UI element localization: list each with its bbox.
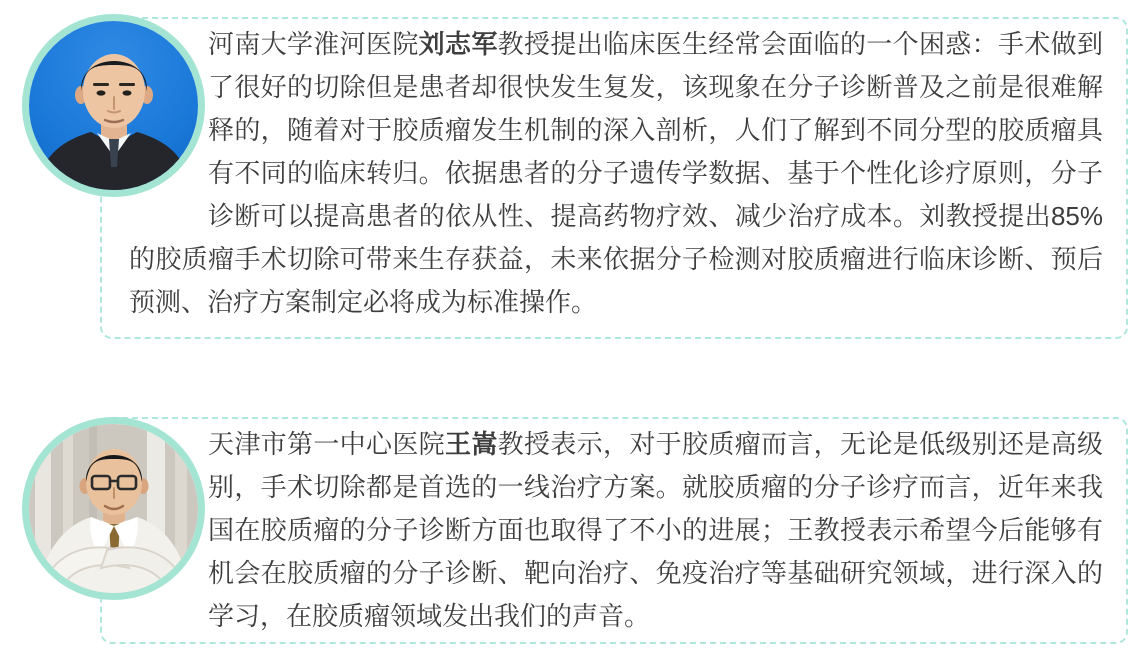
expert-name: 王嵩 [445, 429, 498, 459]
hospital-name: 天津市第一中心医院 [208, 429, 445, 459]
expert-name: 刘志军 [419, 29, 498, 59]
doctor-portrait-wang-song-photo [22, 417, 205, 600]
doctor-portrait-liu-icon [29, 21, 198, 190]
hospital-name: 河南大学淮河医院 [208, 29, 419, 59]
doctor-portrait-liu-zhijun-photo [22, 14, 205, 197]
expert-quote-card-wang: 天津市第一中心医院王嵩教授表示，对于胶质瘤而言，无论是低级别还是高级别，手术切除… [100, 417, 1128, 644]
doctor-portrait-wang-icon [29, 424, 198, 593]
quote-text: 教授提出临床医生经常会面临的一个困惑：手术做到了很好的切除但是患者却很快发生复发… [129, 29, 1103, 317]
article-page: 河南大学淮河医院刘志军教授提出临床医生经常会面临的一个困惑：手术做到了很好的切除… [0, 0, 1142, 659]
quote-text: 教授表示，对于胶质瘤而言，无论是低级别还是高级别，手术切除都是首选的一线治疗方案… [208, 429, 1103, 631]
expert-quote-card-liu: 河南大学淮河医院刘志军教授提出临床医生经常会面临的一个困惑：手术做到了很好的切除… [100, 17, 1128, 339]
